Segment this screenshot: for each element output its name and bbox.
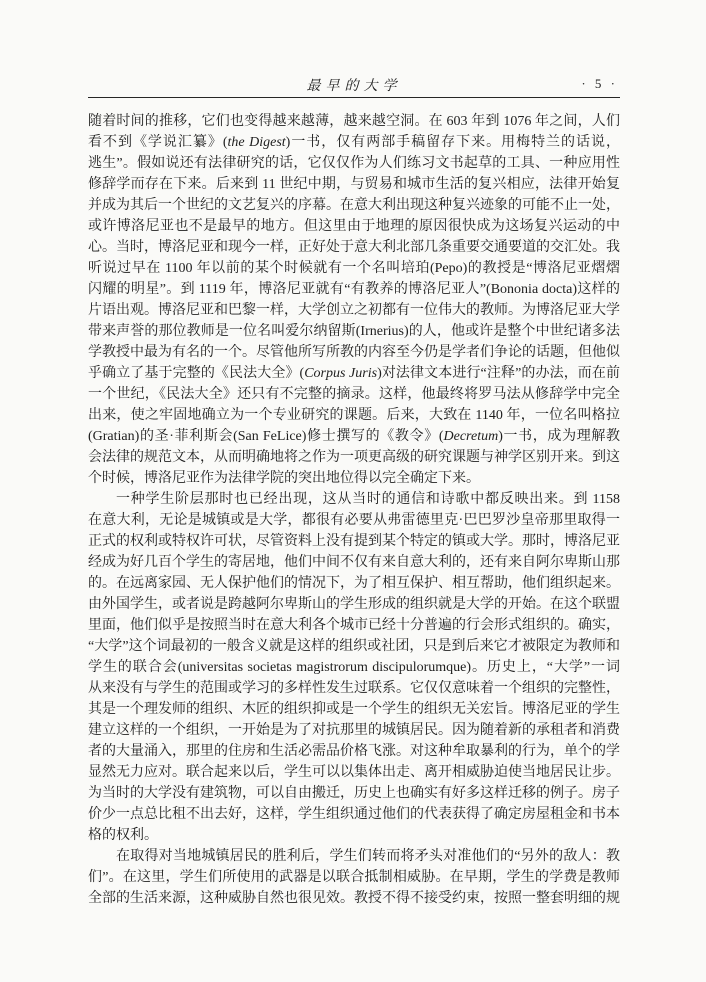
text-line: 或许博洛尼亚也不是最早的地方。但这里由于地理的原因很快成为这场复兴运动的中 — [88, 216, 620, 237]
text-line: 个时候，博洛尼亚作为法律学院的突出地位得以完全确定下来。 — [88, 468, 620, 489]
text-line: 建立这样的一个组织，一开始是为了对抗那里的城镇居民。因为随着新的承租者和消费 — [88, 720, 620, 741]
text-line: 片语出观。博洛尼亚和巴黎一样，大学创立之初都有一位伟大的教师。为博洛尼亚大学 — [88, 300, 620, 321]
header-rule — [88, 97, 620, 98]
text-line: 随着时间的推移，它们也变得越来越薄，越来越空洞。在 603 年到 1076 年之… — [88, 111, 620, 132]
text-segment: (Gratian)的圣·菲利斯会(San FeLice)修士撰写的《教令》( — [88, 429, 444, 444]
text-line: 从来没有与学生的范围或学习的多样性发生过联系。它仅仅意味着一个组织的完整性， — [88, 678, 620, 699]
text-line: 乎确立了基于完整的《民法大全》(Corpus Juris)对法律文本进行“注释”… — [88, 363, 620, 384]
text-line: 价少一点总比租不出去好，这样，学生组织通过他们的代表获得了确定房屋租金和书本价 — [88, 804, 620, 825]
text-line: (Gratian)的圣·菲利斯会(San FeLice)修士撰写的《教令》(De… — [88, 426, 620, 447]
text-line: 带来声誉的那位教师是一位名叫爱尔纳留斯(Irnerius)的人，他或许是整个中世… — [88, 321, 620, 342]
text-line: 听说过早在 1100 年以前的某个时候就有一个名叫培珀(Pepo)的教授是“博洛… — [88, 258, 620, 279]
text-line: 经成为好几百个学生的寄居地，他们中间不仅有来自意大利的，还有来自阿尔卑斯山那边 — [88, 552, 620, 573]
text-line: 修辞学而存在下来。后来到 11 世纪中期，与贸易和城市生活的复兴相应，法律开始复… — [88, 174, 620, 195]
italic-latin-text: Corpus Juris — [304, 366, 377, 381]
text-segment: 乎确立了基于完整的《民法大全》( — [88, 366, 304, 381]
italic-latin-text: Decretum — [444, 429, 499, 444]
text-line: 格的权利。 — [88, 825, 620, 846]
text-line: 正式的权利或特权许可状，尽管资料上没有提到某个特定的镇或大学。那时，博洛尼亚已 — [88, 531, 620, 552]
text-line: 全部的生活来源，这种威胁自然也很见效。教授不得不接受约束，按照一整套明细的规则 — [88, 888, 620, 909]
text-line: 在取得对当地城镇居民的胜利后，学生们转而将矛头对准他们的“另外的敌人：教授 — [88, 846, 620, 867]
text-line: 会法律的规范文本，从而明确地将之作为一项更高级的研究课题与神学区别开来。到这 — [88, 447, 620, 468]
page-header: 最早的大学 · 5 · — [88, 75, 620, 95]
text-line: 出来，使之牢固地确立为一个专业研究的课题。后来，大致在 1140 年，一位名叫格… — [88, 405, 620, 426]
text-segment: )对法律文本进行“注释”的办法，而在前 — [377, 366, 620, 381]
text-line: 由外国学生，或者说是跨越阿尔卑斯山的学生形成的组织就是大学的开始。在这个联盟 — [88, 594, 620, 615]
text-line: 显然无力应对。联合起来以后，学生可以以集体出走、离开相威胁迫使当地居民让步。因 — [88, 762, 620, 783]
text-line: 为当时的大学没有建筑物，可以自由搬迁，历史上也确实有好多这样迁移的例子。房子租 — [88, 783, 620, 804]
text-line: 者的大量涌入，那里的住房和生活必需品价格飞涨。对这种牟取暴利的行为，单个的学生 — [88, 741, 620, 762]
text-line: 一种学生阶层那时也已经出现，这从当时的通信和诗歌中都反映出来。到 1158 年， — [88, 489, 620, 510]
text-line: 其是一个理发师的组织、木匠的组织抑或是一个学生的组织无关宏旨。博洛尼亚的学生 — [88, 699, 620, 720]
text-line: 并成为其后一个世纪的文艺复兴的序幕。在意大利出现这种复兴迹象的可能不止一处， — [88, 195, 620, 216]
text-line: 一个世纪，《民法大全》还只有不完整的摘录。这样，他最终将罗马法从修辞学中完全分离 — [88, 384, 620, 405]
text-line: 逃生”。假如说还有法律研究的话，它仅仅作为人们练习文书起草的工具、一种应用性的 — [88, 153, 620, 174]
text-line: 们”。在这里，学生们所使用的武器是以联合抵制相威胁。在早期，学生的学费是教师们 — [88, 867, 620, 888]
text-line: 学生的联合会(universitas societas magistrorum … — [88, 657, 620, 678]
text-line: 心。当时，博洛尼亚和现今一样，正好处于意大利北部几条重要交通要道的交汇处。我们 — [88, 237, 620, 258]
body-text: 随着时间的推移，它们也变得越来越薄，越来越空洞。在 603 年到 1076 年之… — [88, 111, 620, 909]
text-segment: )一书，成为理解教 — [498, 429, 620, 444]
text-line: 在意大利，无论是城镇或是大学，都很有必要从弗雷德里克·巴巴罗沙皇帝那里取得一份 — [88, 510, 620, 531]
book-page: 最早的大学 · 5 · 随着时间的推移，它们也变得越来越薄，越来越空洞。在 60… — [0, 0, 706, 982]
text-line: 的。在远离家园、无人保护他们的情况下，为了相互保护、相互帮助，他们组织起来。这种 — [88, 573, 620, 594]
page-number: · 5 · — [581, 76, 618, 92]
text-line: “大学”这个词最初的一般含义就是这样的组织或社团，只是到后来它才被限定为教师和 — [88, 636, 620, 657]
text-segment: 看不到《学说汇纂》( — [88, 135, 228, 150]
italic-latin-text: the Digest — [228, 135, 286, 150]
text-line: 学教授中最为有名的一个。尽管他所写所教的内容至今仍是学者们争论的话题，但他似 — [88, 342, 620, 363]
text-line: 里面，他们似乎是按照当时在意大利各个城市已经十分普遍的行会形式组织的。确实， — [88, 615, 620, 636]
text-line: 闪耀的明星”。到 1119 年，博洛尼亚就有“有教养的博洛尼亚人”(Bononi… — [88, 279, 620, 300]
running-title: 最早的大学 — [88, 75, 620, 95]
text-line: 看不到《学说汇纂》(the Digest)一书，仅有两部手稿留存下来。用梅特兰的… — [88, 132, 620, 153]
